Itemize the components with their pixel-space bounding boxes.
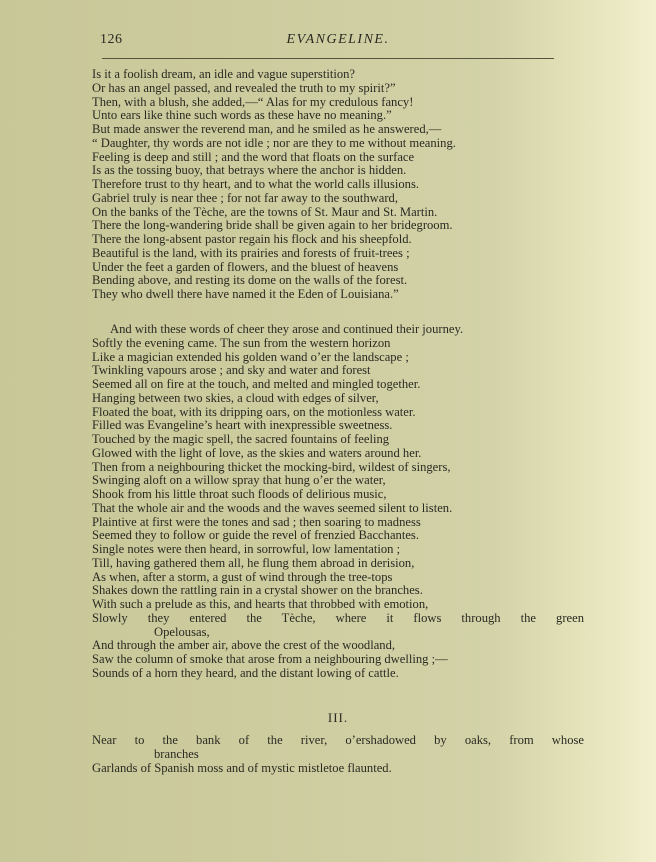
verse-line: “ Daughter, thy words are not idle ; nor… — [92, 137, 584, 151]
verse-line: Is it a foolish dream, an idle and vague… — [92, 68, 584, 82]
verse-line: Therefore trust to thy heart, and to wha… — [92, 178, 584, 192]
verse-line: Near to the bank of the river, o’ershado… — [92, 734, 584, 748]
verse-line: Or has an angel passed, and revealed the… — [92, 82, 584, 96]
verse-line: Like a magician extended his golden wand… — [92, 351, 584, 365]
verse-line: Then, with a blush, she added,—“ Alas fo… — [92, 96, 584, 110]
verse-line: Feeling is deep and still ; and the word… — [92, 151, 584, 165]
verse-line: Bending above, and resting its dome on t… — [92, 274, 584, 288]
verse-line: Twinkling vapours arose ; and sky and wa… — [92, 364, 584, 378]
verse-line-continuation: Opelousas, — [92, 626, 584, 640]
verse-line: As when, after a storm, a gust of wind t… — [92, 571, 584, 585]
verse-line: Glowed with the light of love, as the sk… — [92, 447, 584, 461]
verse-line: Seemed they to follow or guide the revel… — [92, 529, 584, 543]
verse-line: Under the feet a garden of flowers, and … — [92, 261, 584, 275]
verse-line: Unto ears like thine such words as these… — [92, 109, 584, 123]
verse-line: And with these words of cheer they arose… — [92, 323, 584, 337]
verse-line: They who dwell there have named it the E… — [92, 288, 584, 302]
stanza-2: And with these words of cheer they arose… — [92, 323, 584, 681]
verse-line: Seemed all on fire at the touch, and mel… — [92, 378, 584, 392]
verse-line: Slowly they entered the Tèche, where it … — [92, 612, 584, 626]
verse-line: Filled was Evangeline’s heart with inexp… — [92, 419, 584, 433]
verse-line: Beautiful is the land, with its prairies… — [92, 247, 584, 261]
verse-line: Floated the boat, with its dripping oars… — [92, 406, 584, 420]
verse-line: Saw the column of smoke that arose from … — [92, 653, 584, 667]
verse-line: Then from a neighbouring thicket the moc… — [92, 461, 584, 475]
verse-line: Garlands of Spanish moss and of mystic m… — [92, 762, 584, 776]
verse-line: Gabriel truly is near thee ; for not far… — [92, 192, 584, 206]
verse-line: Swinging aloft on a willow spray that hu… — [92, 474, 584, 488]
verse-line: Single notes were then heard, in sorrowf… — [92, 543, 584, 557]
verse-line: Plaintive at first were the tones and sa… — [92, 516, 584, 530]
verse-line: There the long-wandering bride shall be … — [92, 219, 584, 233]
section-number: III. — [92, 710, 584, 726]
verse-line: Touched by the magic spell, the sacred f… — [92, 433, 584, 447]
running-head: 126 EVANGELINE. — [92, 32, 584, 50]
verse-line-continuation: branches — [92, 748, 584, 762]
verse-line: Hanging between two skies, a cloud with … — [92, 392, 584, 406]
stanza-1: Is it a foolish dream, an idle and vague… — [92, 68, 584, 302]
verse-line: Shakes down the rattling rain in a cryst… — [92, 584, 584, 598]
verse-line: Sounds of a horn they heard, and the dis… — [92, 667, 584, 681]
verse-line: And through the amber air, above the cre… — [92, 639, 584, 653]
book-title: EVANGELINE. — [92, 32, 584, 48]
verse-line: With such a prelude as this, and hearts … — [92, 598, 584, 612]
verse-line: Till, having gathered them all, he flung… — [92, 557, 584, 571]
verse-line: Softly the evening came. The sun from th… — [92, 337, 584, 351]
verse-line: There the long-absent pastor regain his … — [92, 233, 584, 247]
verse-line: Is as the tossing buoy, that betrays whe… — [92, 164, 584, 178]
verse-line: That the whole air and the woods and the… — [92, 502, 584, 516]
verse-line: Shook from his little throat such floods… — [92, 488, 584, 502]
header-rule — [102, 58, 554, 59]
verse-line: On the banks of the Tèche, are the towns… — [92, 206, 584, 220]
verse-line: But made answer the reverend man, and he… — [92, 123, 584, 137]
stanza-3: Near to the bank of the river, o’ershado… — [92, 734, 584, 775]
